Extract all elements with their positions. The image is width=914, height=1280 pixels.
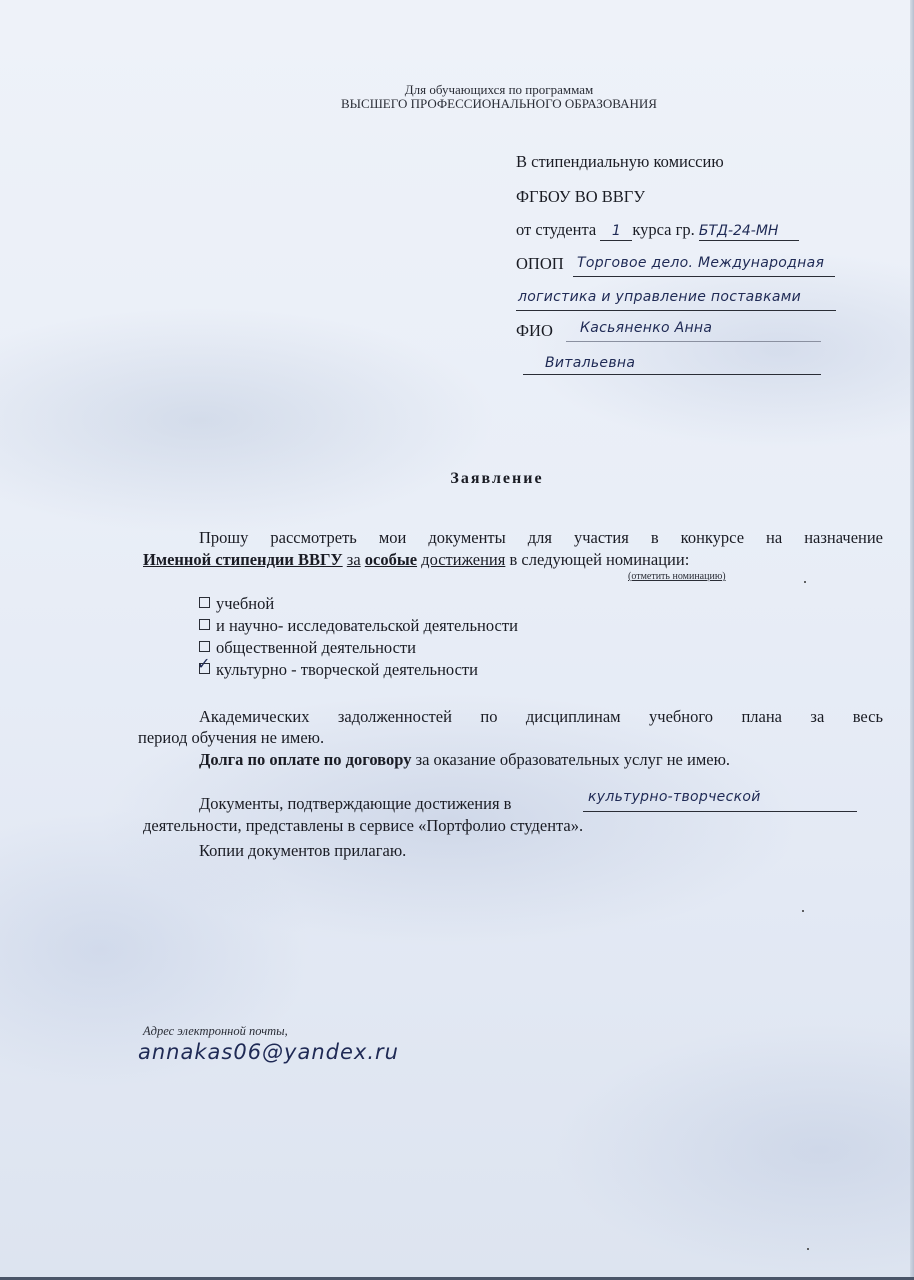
nomination-social[interactable]: общественной деятельности — [199, 638, 416, 658]
paper-speck — [807, 1248, 809, 1250]
academic-debt-line2: период обучения не имею. — [138, 727, 878, 749]
group-value: БТД-24-МН — [699, 223, 779, 239]
nomination-academic[interactable]: учебной — [199, 594, 274, 614]
addressee-commission: В стипендиальную комиссию — [516, 152, 724, 172]
request-special: особые — [365, 550, 417, 569]
request-tail: в следующей номинации: — [509, 550, 689, 569]
request-line2: Именной стипендии ВВГУ за особые достиже… — [143, 549, 883, 571]
fio-value-line1: Касьяненко Анна — [580, 320, 712, 336]
academic-debt-line1: Академических задолженностей по дисципли… — [143, 706, 883, 728]
scholarship-name: Именной стипендии ВВГУ — [143, 550, 343, 569]
check-mark-icon: ✓ — [197, 654, 210, 673]
nomination-research[interactable]: и научно- исследовательской деятельности — [199, 616, 518, 636]
opop-value-line2: логистика и управление поставками — [518, 289, 801, 305]
docs-line2: деятельности, представлены в сервисе «По… — [143, 815, 883, 837]
course-value: 1 — [612, 223, 621, 239]
fio-field-line1[interactable] — [566, 341, 821, 342]
checkbox-checked-icon[interactable]: ✓ — [199, 663, 210, 674]
opop-field-line2[interactable] — [516, 310, 836, 311]
document-title: Заявление — [0, 470, 914, 488]
course-label: курса гр. — [632, 220, 694, 239]
payment-debt-line: Долга по оплате по договору за оказание … — [199, 749, 899, 771]
course-field[interactable]: 1 — [600, 220, 632, 241]
student-course-group-line: от студента 1курса гр. БТД-24-МН — [516, 220, 799, 241]
checkbox-icon[interactable] — [199, 641, 210, 652]
addressee-organization: ФГБОУ ВО ВВГУ — [516, 187, 645, 207]
group-field[interactable]: БТД-24-МН — [699, 220, 799, 241]
opop-value-line1: Торговое дело. Международная — [577, 255, 824, 271]
request-for: за — [347, 550, 361, 569]
payment-debt-bold: Долга по оплате по договору — [199, 750, 411, 769]
email-label: Адрес электронной почты, — [143, 1024, 288, 1039]
fio-label: ФИО — [516, 321, 553, 341]
paper-speck — [802, 910, 804, 912]
docs-prefix: Документы, подтверждающие достижения в — [199, 793, 599, 815]
fio-field-line2[interactable] — [523, 374, 821, 375]
opop-field-line1[interactable] — [573, 276, 835, 277]
program-level: ВЫСШЕГО ПРОФЕССИОНАЛЬНОГО ОБРАЗОВАНИЯ — [42, 96, 914, 112]
docs-value: культурно-творческой — [588, 789, 761, 805]
fio-value-line2: Витальевна — [545, 355, 635, 371]
document-page — [0, 0, 914, 1280]
paper-speck — [804, 581, 806, 583]
copies-attached: Копии документов прилагаю. — [199, 840, 914, 862]
page-edge — [910, 0, 914, 1280]
nomination-note: (отметить номинацию) — [628, 571, 726, 582]
from-label: от студента — [516, 220, 596, 239]
payment-debt-rest: за оказание образовательных услуг не име… — [416, 750, 730, 769]
request-line1: Прошу рассмотреть мои документы для учас… — [143, 527, 883, 549]
opop-label: ОПОП — [516, 254, 564, 274]
checkbox-icon[interactable] — [199, 597, 210, 608]
checkbox-icon[interactable] — [199, 619, 210, 630]
request-achievements: достижения — [421, 550, 505, 569]
email-value[interactable]: annakas06@yandex.ru — [138, 1040, 399, 1064]
nomination-cultural[interactable]: ✓культурно - творческой деятельности — [199, 660, 478, 680]
docs-field[interactable] — [583, 811, 857, 812]
